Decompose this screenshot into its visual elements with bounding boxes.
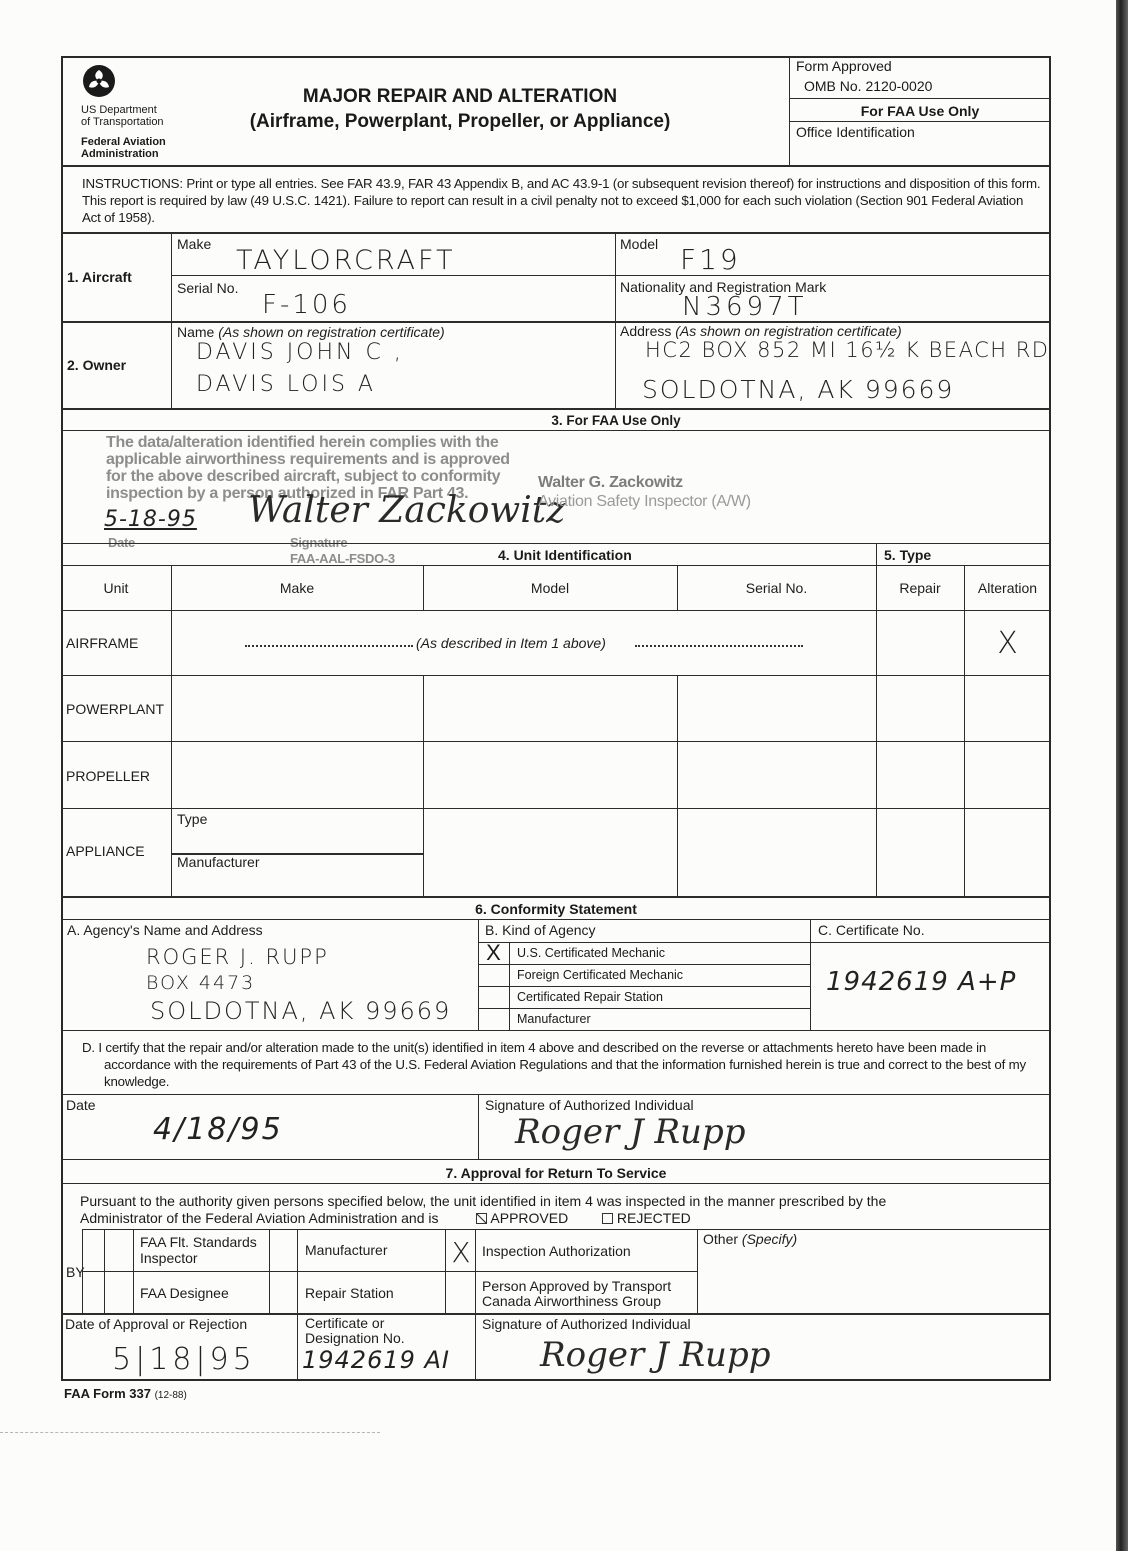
- approval-signature-label: Signature of Authorized Individual: [482, 1316, 691, 1332]
- leader-wavy-right: [635, 643, 803, 647]
- approval-cert-label: Certificate or Designation No.: [305, 1316, 405, 1346]
- divider: [61, 896, 1051, 898]
- row-powerplant-label: POWERPLANT: [66, 701, 164, 717]
- col-unit: Unit: [61, 580, 171, 596]
- col-serial: Serial No.: [677, 580, 876, 596]
- divider: [423, 675, 424, 896]
- faa-use-only-label: For FAA Use Only: [789, 103, 1051, 119]
- conformity-signature-label: Signature of Authorized Individual: [485, 1097, 694, 1113]
- approved-label: APPROVED: [490, 1210, 568, 1226]
- by-checkbox-repair-station[interactable]: [271, 1273, 296, 1312]
- approval-text: Pursuant to the authority given persons …: [80, 1193, 1040, 1227]
- serial-field[interactable]: F-106: [262, 290, 351, 320]
- owner-section-label: 2. Owner: [67, 357, 126, 373]
- divider: [61, 1313, 1051, 1315]
- col-model: Model: [423, 580, 677, 596]
- divider: [61, 1030, 1051, 1031]
- powerplant-model-field[interactable]: [425, 677, 676, 739]
- approval-signature[interactable]: Roger J Rupp: [540, 1335, 770, 1375]
- cert-label-line-1: Certificate or: [305, 1316, 405, 1331]
- row-propeller-label: PROPELLER: [66, 768, 150, 784]
- owner-name-line-2[interactable]: DAVIS LOIS A: [196, 372, 376, 397]
- faa-line-2: Administration: [81, 148, 166, 160]
- serial-label: Serial No.: [177, 280, 238, 296]
- by-checkbox-flt-standards[interactable]: [106, 1231, 132, 1270]
- type-section-title: 5. Type: [884, 547, 931, 563]
- form-number-text: FAA Form 337: [64, 1386, 151, 1401]
- divider: [61, 543, 1051, 544]
- divider: [61, 408, 1051, 410]
- kind-of-agency-label: B. Kind of Agency: [485, 922, 596, 938]
- divider: [478, 1008, 810, 1009]
- unit-identification-title: 4. Unit Identification: [498, 547, 632, 563]
- model-label: Model: [620, 236, 658, 252]
- owner-address-hint: (As shown on registration certificate): [675, 323, 901, 339]
- office-identification-label: Office Identification: [796, 124, 915, 140]
- agency-name-label: A. Agency's Name and Address: [67, 922, 263, 938]
- propeller-make-field[interactable]: [173, 743, 422, 805]
- airframe-described-note: (As described in Item 1 above): [416, 635, 606, 651]
- by-checkbox-inspection-authorization[interactable]: X: [447, 1236, 475, 1269]
- make-label: Make: [177, 236, 211, 252]
- certificate-no-field[interactable]: 1942619 A+P: [826, 967, 1016, 997]
- divider: [61, 1159, 1051, 1160]
- owner-address-label: Address: [620, 323, 671, 339]
- by-checkbox-transport-canada[interactable]: [447, 1273, 474, 1312]
- by-transport-canada-label: Person Approved by Transport Canada Airw…: [482, 1279, 694, 1309]
- powerplant-serial-field[interactable]: [679, 677, 875, 739]
- faa-line-1: Federal Aviation: [81, 136, 166, 148]
- divider: [61, 675, 1051, 676]
- owner-name-hint: (As shown on registration certificate): [218, 324, 444, 340]
- inspector-title: Aviation Safety Inspector (A/W): [538, 493, 751, 510]
- divider: [61, 610, 1051, 611]
- row-airframe-label: AIRFRAME: [66, 635, 138, 651]
- conformity-date-field[interactable]: 4/18/95: [153, 1112, 283, 1147]
- by-checkbox-faa-designee[interactable]: [106, 1273, 132, 1312]
- check-mark-icon: [476, 1213, 487, 1224]
- by-manufacturer-label: Manufacturer: [305, 1242, 387, 1258]
- owner-address-line-1[interactable]: HC2 BOX 852 MI 16½ K BEACH RD: [645, 338, 1049, 362]
- divider: [789, 98, 1051, 99]
- stamp-line-2: applicable airworthiness requirements an…: [106, 451, 510, 468]
- owner-address-label-group: Address (As shown on registration certif…: [620, 323, 902, 339]
- divider: [61, 232, 1051, 234]
- divider: [82, 1271, 697, 1272]
- kind-manufacturer-label: Manufacturer: [517, 1012, 591, 1026]
- divider: [677, 675, 678, 896]
- owner-address-line-2[interactable]: SOLDOTNA, AK 99669: [642, 375, 954, 404]
- divider: [61, 430, 1051, 431]
- conformity-date-label: Date: [66, 1097, 96, 1113]
- faa-approval-date[interactable]: 5-18-95: [104, 507, 197, 532]
- divider: [61, 1094, 1051, 1095]
- certification-statement: D. I certify that the repair and/or alte…: [82, 1039, 1037, 1090]
- col-make: Make: [171, 580, 423, 596]
- divider: [478, 986, 810, 987]
- agency-line-2: of Transportation: [81, 116, 164, 128]
- divider: [478, 964, 810, 965]
- by-repair-station-label: Repair Station: [305, 1285, 394, 1301]
- approval-text-line-2-body: Administrator of the Federal Aviation Ad…: [80, 1210, 438, 1226]
- col-repair: Repair: [876, 580, 964, 596]
- divider: [964, 565, 965, 896]
- instructions-text: INSTRUCTIONS: Print or type all entries.…: [82, 175, 1042, 226]
- aircraft-section-label: 1. Aircraft: [67, 269, 132, 285]
- kind-us-mechanic-label: U.S. Certificated Mechanic: [517, 946, 665, 960]
- form-title: MAJOR REPAIR AND ALTERATION: [200, 86, 720, 108]
- divider: [789, 121, 1051, 122]
- by-flt-standards-label: FAA Flt. Standards Inspector: [140, 1234, 268, 1266]
- owner-name-line-1[interactable]: DAVIS JOHN C ,: [196, 340, 404, 365]
- rejected-checkbox[interactable]: [602, 1213, 613, 1224]
- other-hint: (Specify): [742, 1231, 797, 1247]
- model-field[interactable]: F19: [680, 243, 741, 276]
- other-specify-group: Other (Specify): [703, 1231, 797, 1247]
- leader-wavy-left: [245, 643, 413, 647]
- divider: [61, 808, 1051, 809]
- approval-cert-field[interactable]: 1942619 AI: [302, 1346, 450, 1374]
- omb-number: OMB No. 2120-0020: [804, 78, 932, 94]
- divider: [61, 741, 1051, 742]
- faa-agency-name: Federal Aviation Administration: [81, 136, 166, 160]
- by-inspection-authorization-label: Inspection Authorization: [482, 1243, 631, 1259]
- approval-text-line-1: Pursuant to the authority given persons …: [80, 1193, 1040, 1210]
- airframe-repair-cell[interactable]: [876, 612, 964, 675]
- form-subtitle: (Airframe, Powerplant, Propeller, or App…: [200, 111, 720, 133]
- stamp-line-1: The data/alteration identified herein co…: [106, 434, 510, 451]
- approved-checkbox[interactable]: [476, 1213, 487, 1224]
- stamp-line-3: for the above described aircraft, subjec…: [106, 468, 510, 485]
- divider: [615, 232, 616, 408]
- divider: [171, 565, 172, 896]
- kind-checkbox-us-mechanic[interactable]: X: [478, 940, 509, 966]
- divider: [810, 919, 811, 1030]
- scan-artifact-line: [0, 1432, 380, 1433]
- by-faa-designee-label: FAA Designee: [140, 1285, 229, 1301]
- approval-section-title: 7. Approval for Return To Service: [61, 1165, 1051, 1181]
- appliance-manufacturer-label: Manufacturer: [177, 854, 259, 870]
- dot-agency-name: US Department of Transportation: [81, 104, 164, 128]
- make-field[interactable]: TAYLORCRAFT: [236, 245, 456, 276]
- form-number: FAA Form 337 (12-88): [64, 1386, 187, 1401]
- faa-use-section-title: 3. For FAA Use Only: [61, 413, 1128, 428]
- kind-checkbox-repair-station[interactable]: [478, 987, 509, 1008]
- divider: [82, 1229, 1051, 1230]
- propeller-serial-field[interactable]: [679, 743, 875, 805]
- col-alteration: Alteration: [964, 580, 1051, 596]
- divider: [475, 1313, 476, 1381]
- scan-edge: [1116, 0, 1128, 1551]
- other-label: Other: [703, 1231, 738, 1247]
- registration-field[interactable]: N3697T: [682, 292, 808, 322]
- faa-signature[interactable]: Walter Zackowitz: [248, 490, 565, 531]
- agency-name-line-1[interactable]: ROGER J. RUPP: [146, 945, 329, 969]
- appliance-type-label: Type: [177, 811, 207, 827]
- approval-date-label: Date of Approval or Rejection: [65, 1316, 247, 1332]
- other-specify-field[interactable]: [703, 1250, 1043, 1310]
- cert-label-line-2: Designation No.: [305, 1331, 405, 1346]
- kind-checkbox-foreign-mechanic[interactable]: [478, 965, 509, 986]
- by-label: BY: [66, 1264, 85, 1280]
- divider: [478, 1094, 479, 1159]
- inspector-name: Walter G. Zackowitz: [538, 474, 683, 491]
- form-revision: (12-88): [155, 1390, 187, 1401]
- conformity-signature[interactable]: Roger J Rupp: [515, 1112, 745, 1152]
- agency-address-line-2[interactable]: SOLDOTNA, AK 99669: [150, 997, 451, 1025]
- owner-name-label-group: Name (As shown on registration certifica…: [177, 324, 445, 340]
- approval-text-line-2: Administrator of the Federal Aviation Ad…: [80, 1210, 1040, 1227]
- certificate-no-label: C. Certificate No.: [818, 922, 925, 938]
- divider: [171, 232, 172, 408]
- divider: [61, 565, 1051, 566]
- by-checkbox-manufacturer[interactable]: [271, 1231, 296, 1270]
- divider: [697, 1229, 698, 1313]
- agency-line-1: US Department: [81, 104, 164, 116]
- divider: [478, 942, 1051, 943]
- divider: [61, 165, 1051, 167]
- divider: [61, 919, 1051, 920]
- conformity-section-title: 6. Conformity Statement: [61, 901, 1051, 917]
- row-appliance-label: APPLIANCE: [66, 843, 145, 859]
- divider: [61, 321, 1051, 323]
- kind-checkbox-manufacturer[interactable]: [478, 1009, 509, 1030]
- powerplant-make-field[interactable]: [173, 677, 422, 739]
- propeller-model-field[interactable]: [425, 743, 676, 805]
- kind-foreign-mechanic-label: Foreign Certificated Mechanic: [517, 968, 683, 982]
- divider: [61, 1183, 1051, 1184]
- approval-date-field[interactable]: 5|18|95: [112, 1342, 256, 1377]
- airframe-alteration-cell[interactable]: X: [964, 626, 1051, 661]
- rejected-label: REJECTED: [617, 1210, 691, 1226]
- form-approved-label: Form Approved: [796, 58, 892, 74]
- dot-logo-icon: [82, 64, 116, 98]
- agency-address-line-1[interactable]: BOX 4473: [146, 972, 255, 994]
- office-identification-field[interactable]: [796, 143, 1046, 163]
- divider: [297, 1313, 298, 1381]
- owner-name-label: Name: [177, 324, 214, 340]
- kind-repair-station-label: Certificated Repair Station: [517, 990, 663, 1004]
